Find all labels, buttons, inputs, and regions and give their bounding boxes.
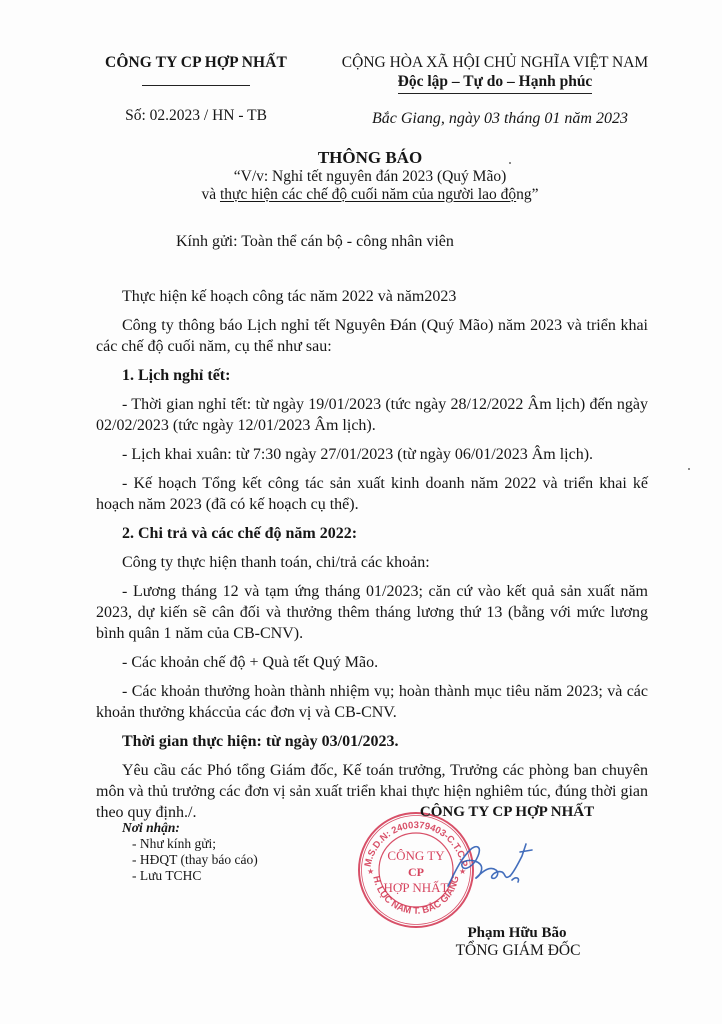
header-left: CÔNG TY CP HỢP NHẤT Số: 02.2023 / HN - T… bbox=[92, 54, 300, 125]
body-paragraph: Công ty thông báo Lịch nghỉ tết Nguyên Đ… bbox=[96, 315, 648, 357]
section-heading: 2. Chi trả và các chế độ năm 2022: bbox=[96, 523, 648, 544]
place-date: Bắc Giang, ngày 03 tháng 01 năm 2023 bbox=[330, 110, 660, 128]
subject-suffix: ng” bbox=[516, 186, 538, 203]
stamp-center-line-3: HỢP NHẤT bbox=[384, 880, 449, 895]
body-paragraph: - Lịch khai xuân: từ 7:30 ngày 27/01/202… bbox=[96, 444, 648, 465]
recipient-item: - Như kính gửi; bbox=[122, 836, 258, 852]
greeting: Kính gửi: Toàn thể cán bộ - công nhân vi… bbox=[176, 233, 454, 251]
stamp-center-line-2: CP bbox=[408, 865, 424, 879]
section-heading: Thời gian thực hiện: từ ngày 03/01/2023. bbox=[96, 731, 648, 752]
recipient-item: - Lưu TCHC bbox=[122, 868, 258, 884]
national-title: CỘNG HÒA XÃ HỘI CHỦ NGHĨA VIỆT NAM bbox=[330, 54, 660, 72]
body-paragraph: - Kế hoạch Tổng kết công tác sản xuất ki… bbox=[96, 473, 648, 515]
recipients-block: Nơi nhận: - Như kính gửi; - HĐQT (thay b… bbox=[122, 820, 258, 884]
body-paragraph: - Các khoản thưởng hoàn thành nhiệm vụ; … bbox=[96, 681, 648, 723]
recipient-item: - HĐQT (thay báo cáo) bbox=[122, 852, 258, 868]
body-paragraph: - Thời gian nghỉ tết: từ ngày 19/01/2023… bbox=[96, 394, 648, 436]
handwritten-signature bbox=[440, 836, 560, 896]
header-divider bbox=[142, 85, 250, 86]
body-paragraph: - Các khoản chế độ + Quà tết Quý Mão. bbox=[96, 652, 648, 673]
document-title: THÔNG BÁO bbox=[140, 148, 600, 168]
body-paragraph: - Lương tháng 12 và tạm ứng tháng 01/202… bbox=[96, 581, 648, 644]
body-paragraph: Thực hiện kế hoạch công tác năm 2022 và … bbox=[96, 286, 648, 307]
signer-position: TỔNG GIÁM ĐỐC bbox=[392, 942, 622, 960]
recipients-label: Nơi nhận: bbox=[122, 820, 258, 836]
subject-underlined: thực hiện các chế độ cuối năm của người … bbox=[220, 186, 516, 203]
section-heading: 1. Lịch nghỉ tết: bbox=[96, 365, 648, 386]
national-motto: Độc lập – Tự do – Hạnh phúc bbox=[398, 73, 593, 94]
organization-name: CÔNG TY CP HỢP NHẤT bbox=[92, 54, 300, 72]
signature-organization: CÔNG TY CP HỢP NHẤT bbox=[392, 804, 622, 821]
subject-line-1: “V/v: Nghỉ tết nguyên đán 2023 (Quý Mão) bbox=[140, 168, 600, 186]
document-body: Thực hiện kế hoạch công tác năm 2022 và … bbox=[96, 286, 648, 831]
document-number: Số: 02.2023 / HN - TB bbox=[92, 107, 300, 125]
stamp-center-line-1: CÔNG TY bbox=[387, 848, 445, 863]
scan-speck bbox=[509, 162, 511, 164]
subject-line-2: và thực hiện các chế độ cuối năm của ngư… bbox=[140, 186, 600, 204]
scan-speck bbox=[688, 468, 690, 470]
svg-text:★: ★ bbox=[367, 867, 374, 876]
header-right: CỘNG HÒA XÃ HỘI CHỦ NGHĨA VIỆT NAM Độc l… bbox=[330, 54, 660, 128]
body-paragraph: Công ty thực hiện thanh toán, chi/trả cá… bbox=[96, 552, 648, 573]
subject-prefix: và bbox=[201, 186, 220, 203]
document-title-block: THÔNG BÁO “V/v: Nghỉ tết nguyên đán 2023… bbox=[140, 148, 600, 204]
